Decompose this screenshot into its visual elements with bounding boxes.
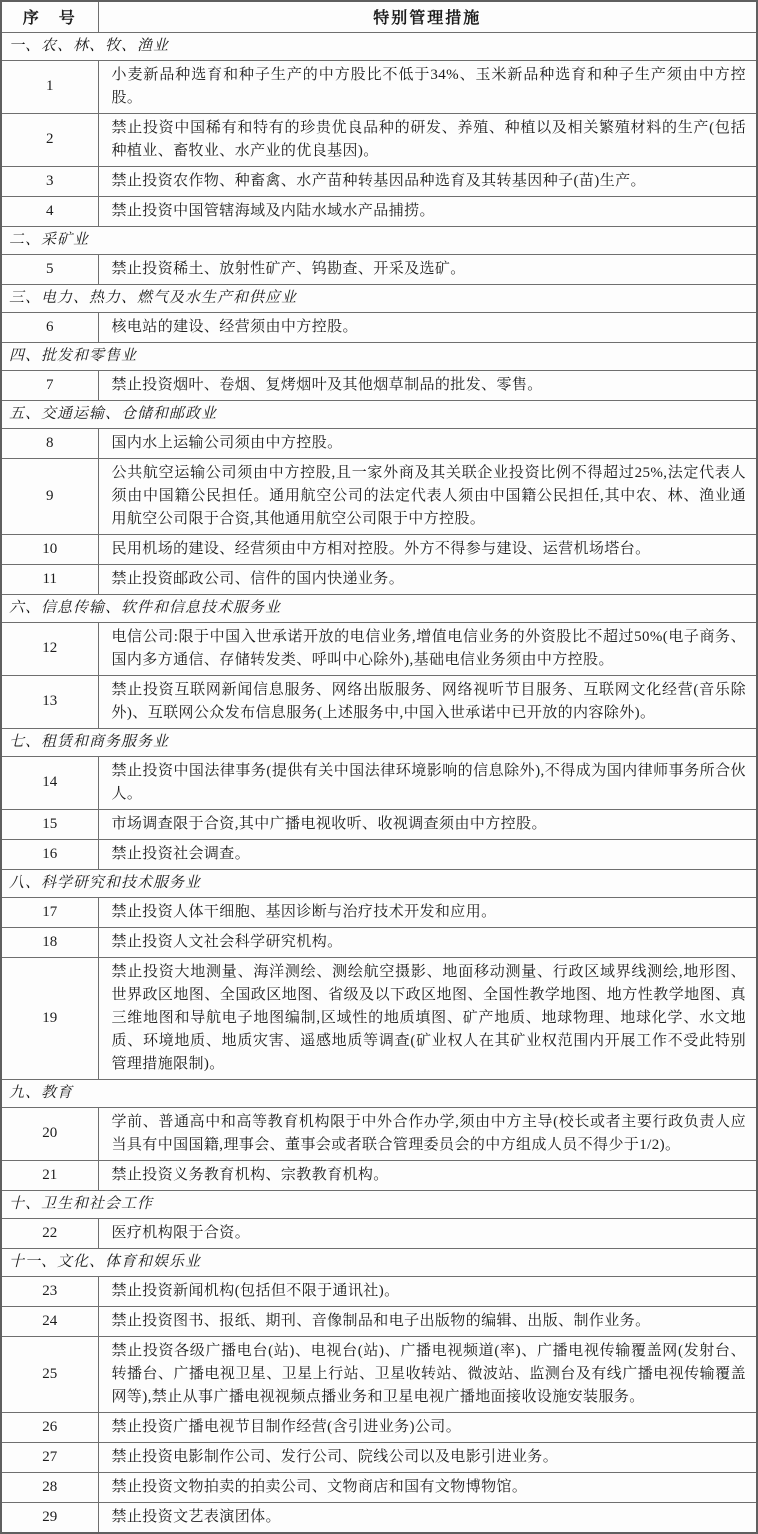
measure-row: 4禁止投资中国管辖海域及内陆水域水产品捕捞。 — [1, 196, 757, 226]
measure-number: 18 — [1, 927, 98, 957]
measure-number: 25 — [1, 1336, 98, 1412]
measure-text: 禁止投资邮政公司、信件的国内快递业务。 — [98, 564, 757, 594]
measure-row: 16禁止投资社会调查。 — [1, 839, 757, 869]
section-row: 八、科学研究和技术服务业 — [1, 869, 757, 897]
measure-row: 6核电站的建设、经营须由中方控股。 — [1, 312, 757, 342]
measure-row: 5禁止投资稀土、放射性矿产、钨勘查、开采及选矿。 — [1, 254, 757, 284]
measure-text: 禁止投资互联网新闻信息服务、网络出版服务、网络视听节目服务、互联网文化经营(音乐… — [98, 675, 757, 728]
measure-text: 禁止投资烟叶、卷烟、复烤烟叶及其他烟草制品的批发、零售。 — [98, 370, 757, 400]
measure-row: 27禁止投资电影制作公司、发行公司、院线公司以及电影引进业务。 — [1, 1442, 757, 1472]
measure-row: 25禁止投资各级广播电台(站)、电视台(站)、广播电视频道(率)、广播电视传输覆… — [1, 1336, 757, 1412]
header-serial-number: 序 号 — [1, 1, 98, 32]
measure-row: 15市场调查限于合资,其中广播电视收听、收视调查须由中方控股。 — [1, 809, 757, 839]
measure-number: 27 — [1, 1442, 98, 1472]
header-measures: 特别管理措施 — [98, 1, 757, 32]
measure-row: 18禁止投资人文社会科学研究机构。 — [1, 927, 757, 957]
measure-row: 11禁止投资邮政公司、信件的国内快递业务。 — [1, 564, 757, 594]
section-title: 十、卫生和社会工作 — [1, 1190, 757, 1218]
measure-row: 10民用机场的建设、经营须由中方相对控股。外方不得参与建设、运营机场塔台。 — [1, 534, 757, 564]
measure-text: 禁止投资人文社会科学研究机构。 — [98, 927, 757, 957]
measure-number: 16 — [1, 839, 98, 869]
measure-number: 11 — [1, 564, 98, 594]
measure-row: 29禁止投资文艺表演团体。 — [1, 1502, 757, 1533]
measure-row: 23禁止投资新闻机构(包括但不限于通讯社)。 — [1, 1276, 757, 1306]
measure-row: 2禁止投资中国稀有和特有的珍贵优良品种的研发、养殖、种植以及相关繁殖材料的生产(… — [1, 113, 757, 166]
measure-text: 小麦新品种选育和种子生产的中方股比不低于34%、玉米新品种选育和种子生产须由中方… — [98, 60, 757, 113]
measure-number: 19 — [1, 957, 98, 1079]
measure-number: 8 — [1, 428, 98, 458]
measure-row: 20学前、普通高中和高等教育机构限于中外合作办学,须由中方主导(校长或者主要行政… — [1, 1107, 757, 1160]
measure-row: 14禁止投资中国法律事务(提供有关中国法律环境影响的信息除外),不得成为国内律师… — [1, 756, 757, 809]
table-header-row: 序 号 特别管理措施 — [1, 1, 757, 32]
measure-row: 1小麦新品种选育和种子生产的中方股比不低于34%、玉米新品种选育和种子生产须由中… — [1, 60, 757, 113]
section-title: 七、租赁和商务服务业 — [1, 728, 757, 756]
measure-row: 7禁止投资烟叶、卷烟、复烤烟叶及其他烟草制品的批发、零售。 — [1, 370, 757, 400]
table-body: 一、农、林、牧、渔业1小麦新品种选育和种子生产的中方股比不低于34%、玉米新品种… — [1, 32, 757, 1533]
measure-number: 24 — [1, 1306, 98, 1336]
section-row: 九、教育 — [1, 1079, 757, 1107]
measure-text: 国内水上运输公司须由中方控股。 — [98, 428, 757, 458]
measure-text: 电信公司:限于中国入世承诺开放的电信业务,增值电信业务的外资股比不超过50%(电… — [98, 622, 757, 675]
measure-text: 禁止投资社会调查。 — [98, 839, 757, 869]
measure-number: 17 — [1, 897, 98, 927]
measure-number: 5 — [1, 254, 98, 284]
measure-row: 13禁止投资互联网新闻信息服务、网络出版服务、网络视听节目服务、互联网文化经营(… — [1, 675, 757, 728]
measure-text: 市场调查限于合资,其中广播电视收听、收视调查须由中方控股。 — [98, 809, 757, 839]
measure-text: 核电站的建设、经营须由中方控股。 — [98, 312, 757, 342]
section-row: 十、卫生和社会工作 — [1, 1190, 757, 1218]
measure-text: 禁止投资电影制作公司、发行公司、院线公司以及电影引进业务。 — [98, 1442, 757, 1472]
measure-text: 禁止投资中国法律事务(提供有关中国法律环境影响的信息除外),不得成为国内律师事务… — [98, 756, 757, 809]
measure-number: 21 — [1, 1160, 98, 1190]
section-title: 三、电力、热力、燃气及水生产和供应业 — [1, 284, 757, 312]
measure-row: 22医疗机构限于合资。 — [1, 1218, 757, 1248]
measure-text: 禁止投资各级广播电台(站)、电视台(站)、广播电视频道(率)、广播电视传输覆盖网… — [98, 1336, 757, 1412]
measure-number: 14 — [1, 756, 98, 809]
measure-number: 13 — [1, 675, 98, 728]
section-row: 七、租赁和商务服务业 — [1, 728, 757, 756]
table-head: 序 号 特别管理措施 — [1, 1, 757, 32]
special-management-measures-table: 序 号 特别管理措施 一、农、林、牧、渔业1小麦新品种选育和种子生产的中方股比不… — [0, 0, 758, 1534]
measure-number: 1 — [1, 60, 98, 113]
measure-row: 12电信公司:限于中国入世承诺开放的电信业务,增值电信业务的外资股比不超过50%… — [1, 622, 757, 675]
measure-text: 禁止投资新闻机构(包括但不限于通讯社)。 — [98, 1276, 757, 1306]
measure-row: 24禁止投资图书、报纸、期刊、音像制品和电子出版物的编辑、出版、制作业务。 — [1, 1306, 757, 1336]
section-title: 十一、文化、体育和娱乐业 — [1, 1248, 757, 1276]
measure-text: 禁止投资文物拍卖的拍卖公司、文物商店和国有文物博物馆。 — [98, 1472, 757, 1502]
measure-text: 禁止投资农作物、种畜禽、水产苗种转基因品种选育及其转基因种子(苗)生产。 — [98, 166, 757, 196]
measure-row: 19禁止投资大地测量、海洋测绘、测绘航空摄影、地面移动测量、行政区域界线测绘,地… — [1, 957, 757, 1079]
measure-number: 6 — [1, 312, 98, 342]
measure-number: 3 — [1, 166, 98, 196]
measure-number: 29 — [1, 1502, 98, 1533]
section-row: 四、批发和零售业 — [1, 342, 757, 370]
measure-number: 2 — [1, 113, 98, 166]
measure-text: 公共航空运输公司须由中方控股,且一家外商及其关联企业投资比例不得超过25%,法定… — [98, 458, 757, 534]
measure-text: 禁止投资中国管辖海域及内陆水域水产品捕捞。 — [98, 196, 757, 226]
measure-number: 20 — [1, 1107, 98, 1160]
section-row: 十一、文化、体育和娱乐业 — [1, 1248, 757, 1276]
section-title: 六、信息传输、软件和信息技术服务业 — [1, 594, 757, 622]
section-title: 五、交通运输、仓储和邮政业 — [1, 400, 757, 428]
section-row: 二、采矿业 — [1, 226, 757, 254]
section-row: 五、交通运输、仓储和邮政业 — [1, 400, 757, 428]
section-title: 九、教育 — [1, 1079, 757, 1107]
measure-number: 28 — [1, 1472, 98, 1502]
measure-text: 禁止投资图书、报纸、期刊、音像制品和电子出版物的编辑、出版、制作业务。 — [98, 1306, 757, 1336]
measure-text: 禁止投资人体干细胞、基因诊断与治疗技术开发和应用。 — [98, 897, 757, 927]
measure-text: 禁止投资中国稀有和特有的珍贵优良品种的研发、养殖、种植以及相关繁殖材料的生产(包… — [98, 113, 757, 166]
measure-number: 4 — [1, 196, 98, 226]
measure-row: 3禁止投资农作物、种畜禽、水产苗种转基因品种选育及其转基因种子(苗)生产。 — [1, 166, 757, 196]
measure-row: 17禁止投资人体干细胞、基因诊断与治疗技术开发和应用。 — [1, 897, 757, 927]
section-row: 六、信息传输、软件和信息技术服务业 — [1, 594, 757, 622]
measure-row: 8国内水上运输公司须由中方控股。 — [1, 428, 757, 458]
measure-number: 10 — [1, 534, 98, 564]
measure-text: 禁止投资义务教育机构、宗教教育机构。 — [98, 1160, 757, 1190]
measure-row: 28禁止投资文物拍卖的拍卖公司、文物商店和国有文物博物馆。 — [1, 1472, 757, 1502]
measure-text: 民用机场的建设、经营须由中方相对控股。外方不得参与建设、运营机场塔台。 — [98, 534, 757, 564]
section-row: 三、电力、热力、燃气及水生产和供应业 — [1, 284, 757, 312]
measure-number: 9 — [1, 458, 98, 534]
measure-number: 12 — [1, 622, 98, 675]
measure-row: 9公共航空运输公司须由中方控股,且一家外商及其关联企业投资比例不得超过25%,法… — [1, 458, 757, 534]
measure-number: 23 — [1, 1276, 98, 1306]
section-title: 二、采矿业 — [1, 226, 757, 254]
measure-text: 禁止投资大地测量、海洋测绘、测绘航空摄影、地面移动测量、行政区域界线测绘,地形图… — [98, 957, 757, 1079]
measure-text: 医疗机构限于合资。 — [98, 1218, 757, 1248]
measure-row: 21禁止投资义务教育机构、宗教教育机构。 — [1, 1160, 757, 1190]
measure-text: 禁止投资稀土、放射性矿产、钨勘查、开采及选矿。 — [98, 254, 757, 284]
section-title: 一、农、林、牧、渔业 — [1, 32, 757, 60]
measure-number: 7 — [1, 370, 98, 400]
section-row: 一、农、林、牧、渔业 — [1, 32, 757, 60]
measure-number: 15 — [1, 809, 98, 839]
measure-number: 22 — [1, 1218, 98, 1248]
measure-text: 学前、普通高中和高等教育机构限于中外合作办学,须由中方主导(校长或者主要行政负责… — [98, 1107, 757, 1160]
section-title: 八、科学研究和技术服务业 — [1, 869, 757, 897]
section-title: 四、批发和零售业 — [1, 342, 757, 370]
measure-text: 禁止投资文艺表演团体。 — [98, 1502, 757, 1533]
